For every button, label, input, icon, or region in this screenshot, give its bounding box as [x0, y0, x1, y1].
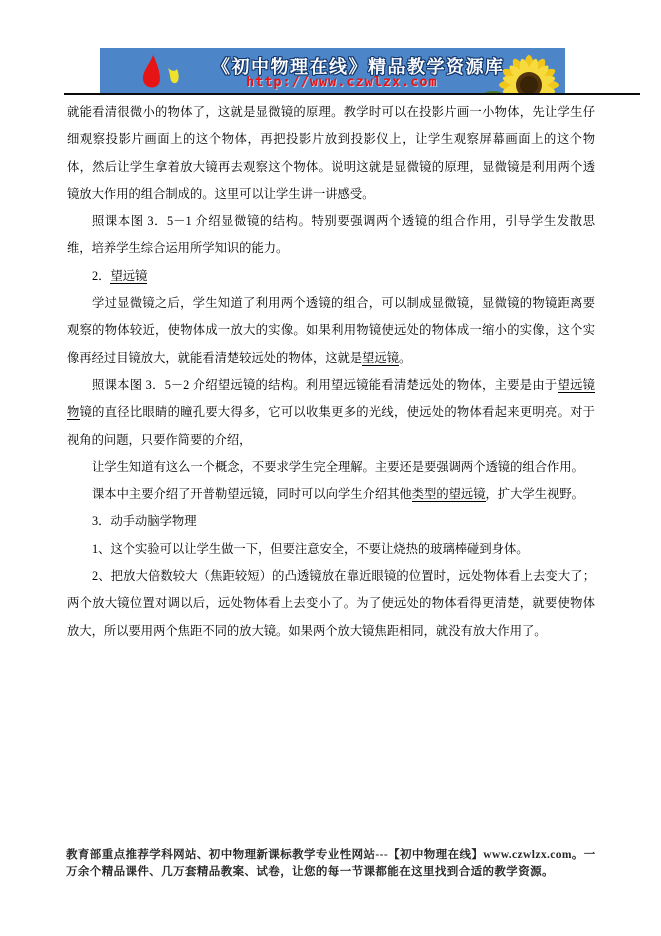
document-body: 就能看清很微小的物体了，这就是显微镜的原理。教学时可以在投影片画一小物体，先让学… [67, 99, 595, 645]
paragraph: 学过显微镜之后，学生知道了利用两个透镜的组合，可以制成显微镜，显微镜的物镜距离要… [67, 290, 595, 372]
paragraph: 课本中主要介绍了开普勒望远镜，同时可以向学生介绍其他类型的望远镜，扩大学生视野。 [67, 481, 595, 508]
text-run: 就能看清很微小的物体了，这就是显微镜的原理。教学时可以在投影片画一小物体，先让学… [67, 105, 595, 201]
text-run: 让学生知道有这么一个概念，不要求学生完全理解。主要还是要强调两个透镜的组合作用。 [92, 460, 584, 474]
paragraph: 照课本图 3．5－1 介绍显微镜的结构。特别要强调两个透镜的组合作用，引导学生发… [67, 208, 595, 263]
text-run: 3．动手动脑学物理 [92, 514, 197, 528]
text-run: 课本中主要介绍了开普勒望远镜，同时可以向学生介绍其他 [92, 487, 412, 501]
paragraph: 2、把放大倍数较大（焦距较短）的凸透镜放在靠近眼镜的位置时，远处物体看上去变大了… [67, 563, 595, 645]
paragraph: 就能看清很微小的物体了，这就是显微镜的原理。教学时可以在投影片画一小物体，先让学… [67, 99, 595, 208]
header-banner: 《初中物理在线》精品教学资源库 http://www.czwlzx.com [100, 48, 565, 93]
underlined-term: 类型的望远镜 [412, 487, 486, 502]
document-page: 《初中物理在线》精品教学资源库 http://www.czwlzx.com [0, 0, 661, 936]
text-run: 照课本图 3．5－1 介绍显微镜的结构。特别要强调两个透镜的组合作用，引导学生发… [67, 214, 595, 255]
header-divider [64, 93, 640, 95]
text-run: 1、这个实验可以让学生做一下，但要注意安全，不要让烧热的玻璃棒碰到身体。 [92, 542, 529, 556]
text-run: 照课本图 3．5－2 介绍望远镜的结构。利用望远镜能看清楚远处的物体，主要是由于 [92, 378, 558, 392]
underlined-term: 望远镜 [110, 269, 147, 284]
paragraph: 2．望远镜 [67, 263, 595, 290]
underlined-term: 望远镜 [362, 351, 399, 366]
paragraph: 3．动手动脑学物理 [67, 508, 595, 535]
paragraph: 照课本图 3．5－2 介绍望远镜的结构。利用望远镜能看清楚远处的物体，主要是由于… [67, 372, 595, 454]
text-run: 镜的直径比眼睛的瞳孔要大得多，它可以收集更多的光线，使远处的物体看起来更明亮。对… [67, 405, 595, 446]
text-run: 2、把放大倍数较大（焦距较短）的凸透镜放在靠近眼镜的位置时，远处物体看上去变大了… [67, 569, 595, 638]
paragraph: 1、这个实验可以让学生做一下，但要注意安全，不要让烧热的玻璃棒碰到身体。 [67, 536, 595, 563]
text-run: ，扩大学生视野。 [486, 487, 584, 501]
text-run: 。 [399, 351, 411, 365]
paragraph: 让学生知道有这么一个概念，不要求学生完全理解。主要还是要强调两个透镜的组合作用。 [67, 454, 595, 481]
footer-note: 教育部重点推荐学科网站、初中物理新课标教学专业性网站---【初中物理在线】www… [66, 847, 599, 881]
banner-url: http://www.czwlzx.com [246, 74, 438, 90]
text-run: 学过显微镜之后，学生知道了利用两个透镜的组合，可以制成显微镜，显微镜的物镜距离要… [67, 296, 595, 365]
sunflower-icon [485, 51, 565, 93]
text-run: 2． [92, 269, 110, 283]
flame-logo-icon [138, 54, 186, 92]
